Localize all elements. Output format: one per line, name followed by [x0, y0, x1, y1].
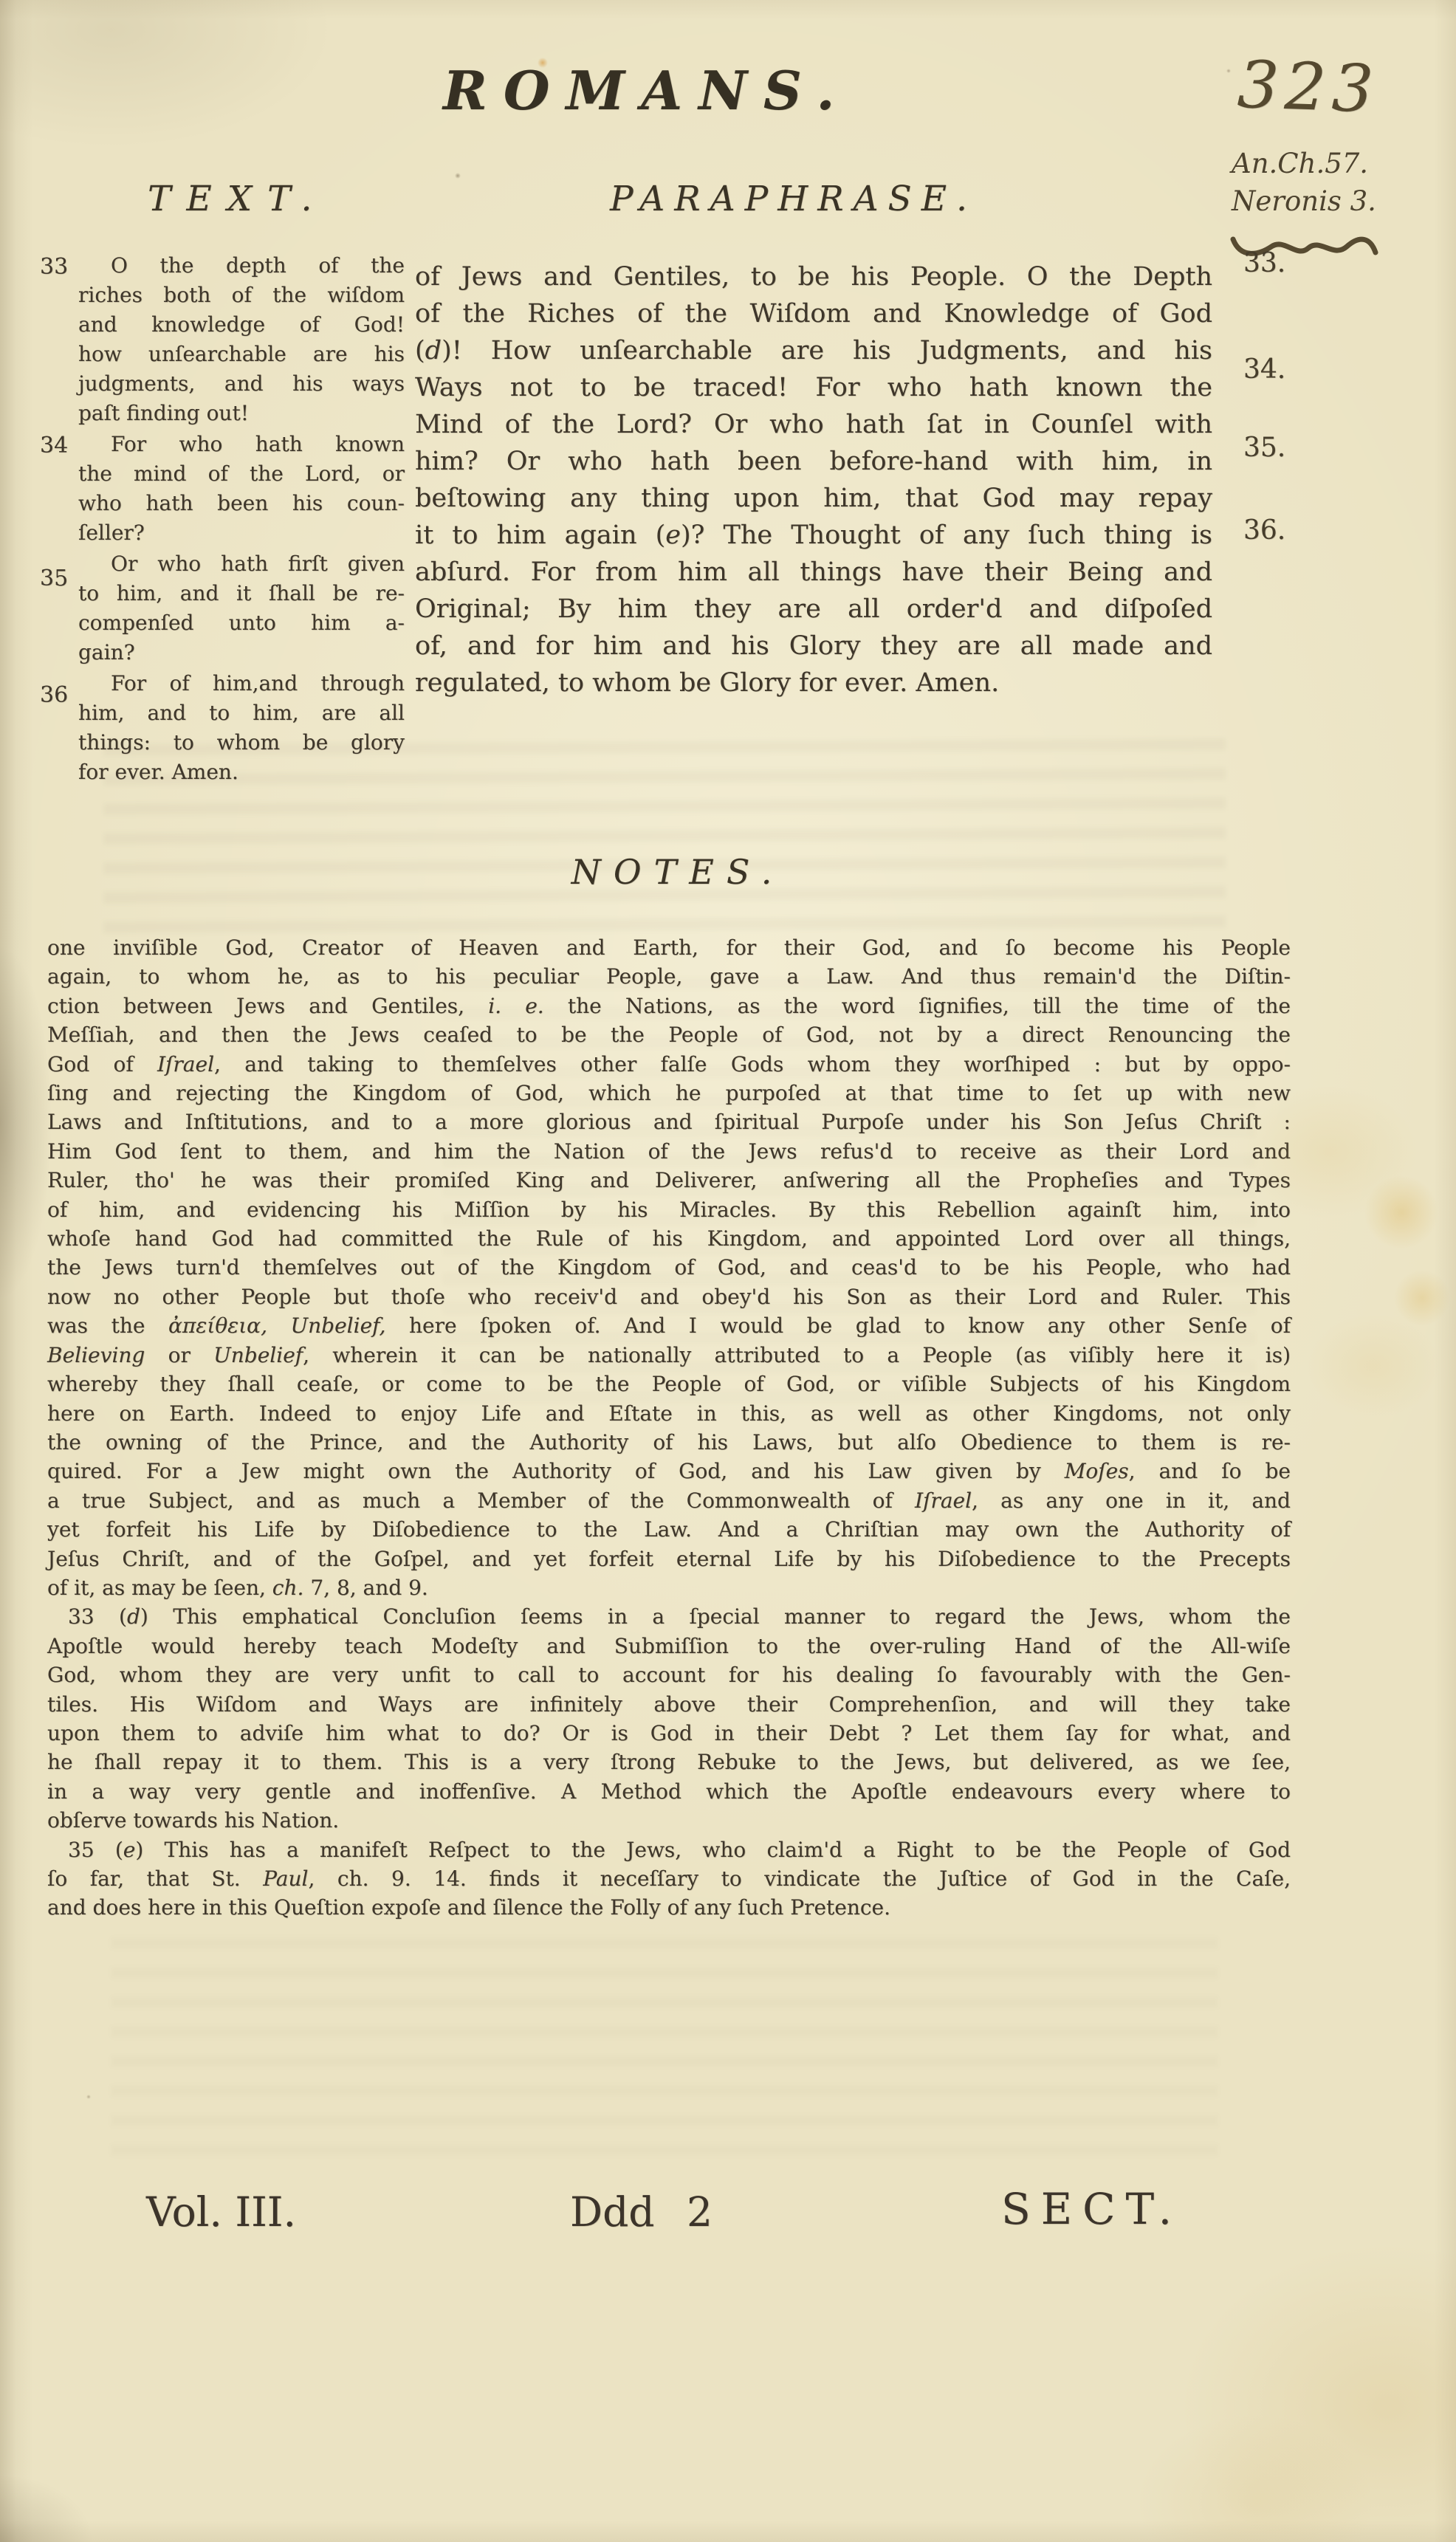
- notes-line: quired. For a Jew might own the Authorit…: [47, 1457, 1291, 1485]
- paraphrase-column-heading: PARAPHRASE.: [610, 179, 977, 219]
- verse-line: how unſearchable are his: [78, 340, 405, 369]
- marginal-date-line: Neronis 3.: [1232, 182, 1376, 220]
- verse-line: to him, and it ſhall be re-: [78, 579, 405, 608]
- notes-line: ​33 (d) This emphatical Concluſion ſeems…: [47, 1602, 1291, 1631]
- volume-label: Vol. III.: [146, 2188, 296, 2236]
- notes-line: Apoſtle would hereby teach Modeſty and S…: [47, 1632, 1291, 1660]
- verse-line: O the depth of the: [78, 251, 405, 281]
- paraphrase-line: Original; By him they are all order'd an…: [415, 591, 1212, 628]
- printer-signature: Ddd 2: [570, 2188, 712, 2236]
- verse-line: paſt finding out!: [78, 399, 405, 428]
- notes-line: ſo far, that St. Paul, ch. 9. 14. finds …: [47, 1864, 1291, 1893]
- catchword: SECT.: [1001, 2184, 1182, 2234]
- paraphrase-line: Ways not to be traced! For who hath know…: [415, 369, 1212, 406]
- paraphrase-line: it to him again (e)? The Thought of any …: [415, 517, 1212, 554]
- notes-line: upon them to adviſe him what to do? Or i…: [47, 1719, 1291, 1748]
- verse-line: for ever. Amen.: [78, 758, 405, 787]
- notes-line: here on Earth. Indeed to enjoy Life and …: [47, 1399, 1291, 1428]
- verse-33: 33O the depth of theriches both of the w…: [37, 251, 405, 428]
- page-number: 323: [1236, 47, 1380, 128]
- verse-line: For of him,and through: [78, 669, 405, 698]
- paraphrase-line: (d)! How unſearchable are his Judgments,…: [415, 332, 1212, 369]
- paraphrase-line: regulated, to whom be Glory for ever. Am…: [415, 664, 1212, 701]
- text-column-heading: TEXT.: [148, 179, 328, 219]
- verse-line: compenſed unto him a-: [78, 608, 405, 638]
- notes-line: Ruler, tho' he was their promiſed King a…: [47, 1166, 1291, 1195]
- verse-line: who hath been his coun-: [78, 489, 405, 518]
- notes-line: one inviſible God, Creator of Heaven and…: [47, 933, 1291, 962]
- verse-number: 36: [40, 681, 68, 710]
- verse-35: 35Or who hath firſt givento him, and it …: [37, 549, 405, 667]
- notes-line: the owning of the Prince, and the Author…: [47, 1428, 1291, 1457]
- notes-line: obſerve towards his Nation.: [47, 1806, 1291, 1835]
- paraphrase-line: beſtowing any thing upon him, that God m…: [415, 480, 1212, 517]
- paraphrase-column: of Jews and Gentiles, to be his People. …: [415, 258, 1212, 701]
- paraphrase-line: Mind of the Lord? Or who hath ſat in Cou…: [415, 406, 1212, 443]
- notes-body: one inviſible God, Creator of Heaven and…: [47, 933, 1291, 1923]
- notes-line: Meſſiah, and then the Jews ceaſed to be …: [47, 1020, 1291, 1049]
- notes-line: of him, and evidencing his Miſſion by hi…: [47, 1195, 1291, 1224]
- notes-line: now no other People but thoſe who receiv…: [47, 1282, 1291, 1311]
- notes-line: ction between Jews and Gentiles, i. e. t…: [47, 992, 1291, 1020]
- notes-line: in a way very gentle and inoffenſive. A …: [47, 1777, 1291, 1806]
- notes-line: Believing or Unbelief, wherein it can be…: [47, 1341, 1291, 1370]
- notes-line: and does here in this Queſtion expoſe an…: [47, 1893, 1291, 1922]
- notes-line: Jeſus Chriſt, and of the Goſpel, and yet…: [47, 1545, 1291, 1573]
- marginal-date-line: An.Ch.57.: [1232, 145, 1376, 182]
- verse-line: gain?: [78, 638, 405, 667]
- paraphrase-line: of, and for him and his Glory they are a…: [415, 628, 1212, 664]
- verse-line: judgments, and his ways: [78, 369, 405, 399]
- scanned-book-page: ROMANS. 323 An.Ch.57. Neronis 3. TEXT. P…: [0, 0, 1456, 2542]
- verse-line: and knowledge of God!: [78, 310, 405, 340]
- notes-line: tiles. His Wiſdom and Ways are infinitel…: [47, 1690, 1291, 1719]
- bleed-through-texture: [111, 1934, 1218, 2156]
- notes-line: Laws and Inſtitutions, and to a more glo…: [47, 1107, 1291, 1136]
- paraphrase-line: abſurd. For from him all things have the…: [415, 554, 1212, 591]
- paraphrase-line: of the Riches of the Wiſdom and Knowledg…: [415, 295, 1212, 332]
- notes-line: was the ἀπείθεια, Unbelief, here ſpoken …: [47, 1311, 1291, 1340]
- verse-marker: 34.: [1243, 354, 1285, 385]
- verse-line: For who hath known: [78, 430, 405, 459]
- notes-line: Him God ſent to them, and him the Nation…: [47, 1137, 1291, 1166]
- notes-line: God of Iſrael, and taking to themſelves …: [47, 1050, 1291, 1079]
- notes-line: a true Subject, and as much a Member of …: [47, 1486, 1291, 1515]
- verse-number: 35: [40, 564, 68, 594]
- notes-line: of it, as may be ſeen, ch. 7, 8, and 9.: [47, 1573, 1291, 1602]
- notes-heading: NOTES.: [0, 852, 1356, 892]
- notes-line: ſing and rejecting the Kingdom of God, w…: [47, 1079, 1291, 1107]
- verse-34: 34For who hath knownthe mind of the Lord…: [37, 430, 405, 548]
- verse-line: riches both of the wiſdom: [78, 281, 405, 310]
- paraphrase-line: of Jews and Gentiles, to be his People. …: [415, 258, 1212, 295]
- verse-line: the mind of the Lord, or: [78, 459, 405, 489]
- verse-line: Or who hath firſt given: [78, 549, 405, 579]
- notes-line: again, to whom he, as to his peculiar Pe…: [47, 962, 1291, 991]
- verse-marker: 36.: [1243, 515, 1285, 546]
- running-title: ROMANS.: [443, 59, 845, 122]
- verse-line: things: to whom be glory: [78, 728, 405, 758]
- verse-36: 36For of him,and throughhim, and to him,…: [37, 669, 405, 787]
- verse-line: him, and to him, are all: [78, 698, 405, 728]
- verse-number: 33: [40, 253, 68, 282]
- notes-line: whereby they ſhall ceaſe, or come to be …: [47, 1370, 1291, 1398]
- notes-line: he ſhall repay it to them. This is a ver…: [47, 1748, 1291, 1776]
- notes-line: whoſe hand God had committed the Rule of…: [47, 1224, 1291, 1253]
- notes-line: ​35 (e) This has a manifeſt Reſpect to t…: [47, 1835, 1291, 1864]
- notes-line: God, whom they are very unfit to call to…: [47, 1660, 1291, 1689]
- text-column: 33O the depth of theriches both of the w…: [37, 251, 405, 789]
- notes-line: the Jews turn'd themſelves out of the Ki…: [47, 1253, 1291, 1282]
- verse-marker: 35.: [1243, 433, 1285, 463]
- verse-line: ſeller?: [78, 518, 405, 548]
- verse-number: 34: [40, 431, 68, 461]
- marginal-date-note: An.Ch.57. Neronis 3.: [1232, 145, 1376, 220]
- verse-marker: 33.: [1243, 248, 1285, 278]
- paraphrase-line: him? Or who hath been before-hand with h…: [415, 443, 1212, 480]
- notes-line: yet forfeit his Life by Diſobedience to …: [47, 1515, 1291, 1544]
